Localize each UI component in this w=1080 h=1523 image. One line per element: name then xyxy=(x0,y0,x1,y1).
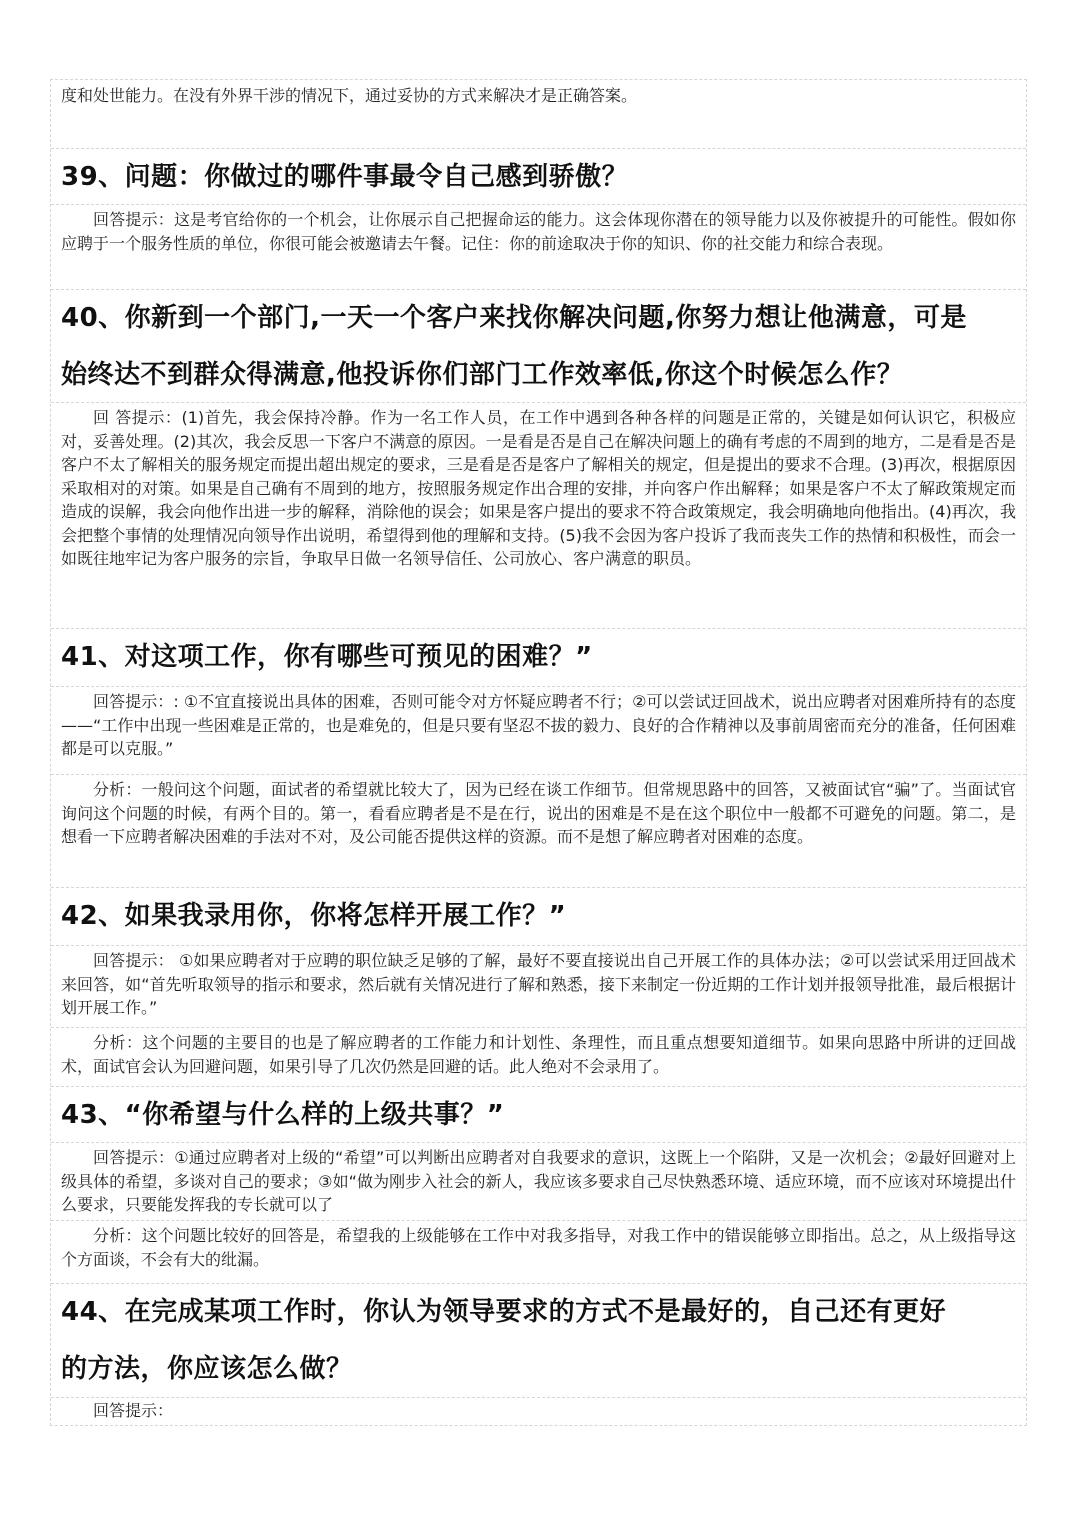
question-41-answer: 回答提示：: ①不宜直接说出具体的困难，否则可能令对方怀疑应聘者不行；②可以尝试… xyxy=(61,687,1016,761)
question-41-answer-row: 回答提示：: ①不宜直接说出具体的困难，否则可能令对方怀疑应聘者不行；②可以尝试… xyxy=(51,687,1026,775)
question-40-answer-row: 回 答提示：(1)首先，我会保持冷静。作为一名工作人员，在工作中遇到各种各样的问… xyxy=(51,403,1026,629)
question-41-title: 41、对这项工作，你有哪些可预见的困难？” xyxy=(61,629,1016,685)
question-42-analysis-row: 分析：这个问题的主要目的也是了解应聘者的工作能力和计划性、条理性，而且重点想要知… xyxy=(51,1028,1026,1087)
question-42-answer-row: 回答提示： ①如果应聘者对于应聘的职位缺乏足够的了解，最好不要直接说出自己开展工… xyxy=(51,946,1026,1028)
continuation-text: 度和处世能力。在没有外界干涉的情况下，通过妥协的方式来解决才是正确答案。 xyxy=(61,80,1016,108)
question-44-title-line1: 44、在完成某项工作时，你认为领导要求的方式不是最好的，自己还有更好 xyxy=(61,1284,1016,1341)
question-44-answer: 回答提示： xyxy=(61,1398,1016,1423)
question-43-answer: 回答提示：①通过应聘者对上级的“希望”可以判断出应聘者对自我要求的意识，这既上一… xyxy=(61,1143,1016,1217)
question-40-title-line2: 始终达不到群众得满意,他投诉你们部门工作效率低,你这个时候怎么作？ xyxy=(61,347,1016,403)
question-44-title-line2: 的方法，你应该怎么做？ xyxy=(61,1341,1016,1398)
question-43-heading-row: 43、“你希望与什么样的上级共事？” xyxy=(51,1087,1026,1143)
question-40-title-line1: 40、你新到一个部门,一天一个客户来找你解决问题,你努力想让他满意，可是 xyxy=(61,290,1016,347)
document-table: 度和处世能力。在没有外界干涉的情况下，通过妥协的方式来解决才是正确答案。 39、… xyxy=(50,79,1027,1426)
question-42-answer: 回答提示： ①如果应聘者对于应聘的职位缺乏足够的了解，最好不要直接说出自己开展工… xyxy=(61,946,1016,1020)
question-41-analysis: 分析：一般问这个问题，面试者的希望就比较大了，因为已经在谈工作细节。但常规思路中… xyxy=(61,775,1016,849)
question-44-answer-row: 回答提示： xyxy=(51,1398,1026,1425)
question-39-answer-row: 回答提示：这是考官给你的一个机会，让你展示自己把握命运的能力。这会体现你潜在的领… xyxy=(51,205,1026,290)
question-41-heading-row: 41、对这项工作，你有哪些可预见的困难？” xyxy=(51,629,1026,687)
question-42-heading-row: 42、如果我录用你，你将怎样开展工作？” xyxy=(51,888,1026,946)
question-40-answer: 回 答提示：(1)首先，我会保持冷静。作为一名工作人员，在工作中遇到各种各样的问… xyxy=(61,403,1016,571)
question-39-title: 39、问题：你做过的哪件事最令自己感到骄傲？ xyxy=(61,149,1016,205)
question-43-analysis-row: 分析：这个问题比较好的回答是，希望我的上级能够在工作中对我多指导，对我工作中的错… xyxy=(51,1221,1026,1284)
question-40-heading-row: 40、你新到一个部门,一天一个客户来找你解决问题,你努力想让他满意，可是 始终达… xyxy=(51,290,1026,403)
question-42-title: 42、如果我录用你，你将怎样开展工作？” xyxy=(61,888,1016,944)
continuation-row: 度和处世能力。在没有外界干涉的情况下，通过妥协的方式来解决才是正确答案。 xyxy=(51,80,1026,149)
question-42-analysis: 分析：这个问题的主要目的也是了解应聘者的工作能力和计划性、条理性，而且重点想要知… xyxy=(61,1028,1016,1078)
question-43-analysis: 分析：这个问题比较好的回答是，希望我的上级能够在工作中对我多指导，对我工作中的错… xyxy=(61,1221,1016,1271)
question-43-answer-row: 回答提示：①通过应聘者对上级的“希望”可以判断出应聘者对自我要求的意识，这既上一… xyxy=(51,1143,1026,1221)
question-44-heading-row: 44、在完成某项工作时，你认为领导要求的方式不是最好的，自己还有更好 的方法，你… xyxy=(51,1284,1026,1398)
question-43-title: 43、“你希望与什么样的上级共事？” xyxy=(61,1087,1016,1143)
question-41-analysis-row: 分析：一般问这个问题，面试者的希望就比较大了，因为已经在谈工作细节。但常规思路中… xyxy=(51,775,1026,888)
question-39-heading-row: 39、问题：你做过的哪件事最令自己感到骄傲？ xyxy=(51,149,1026,205)
question-39-answer: 回答提示：这是考官给你的一个机会，让你展示自己把握命运的能力。这会体现你潜在的领… xyxy=(61,205,1016,255)
